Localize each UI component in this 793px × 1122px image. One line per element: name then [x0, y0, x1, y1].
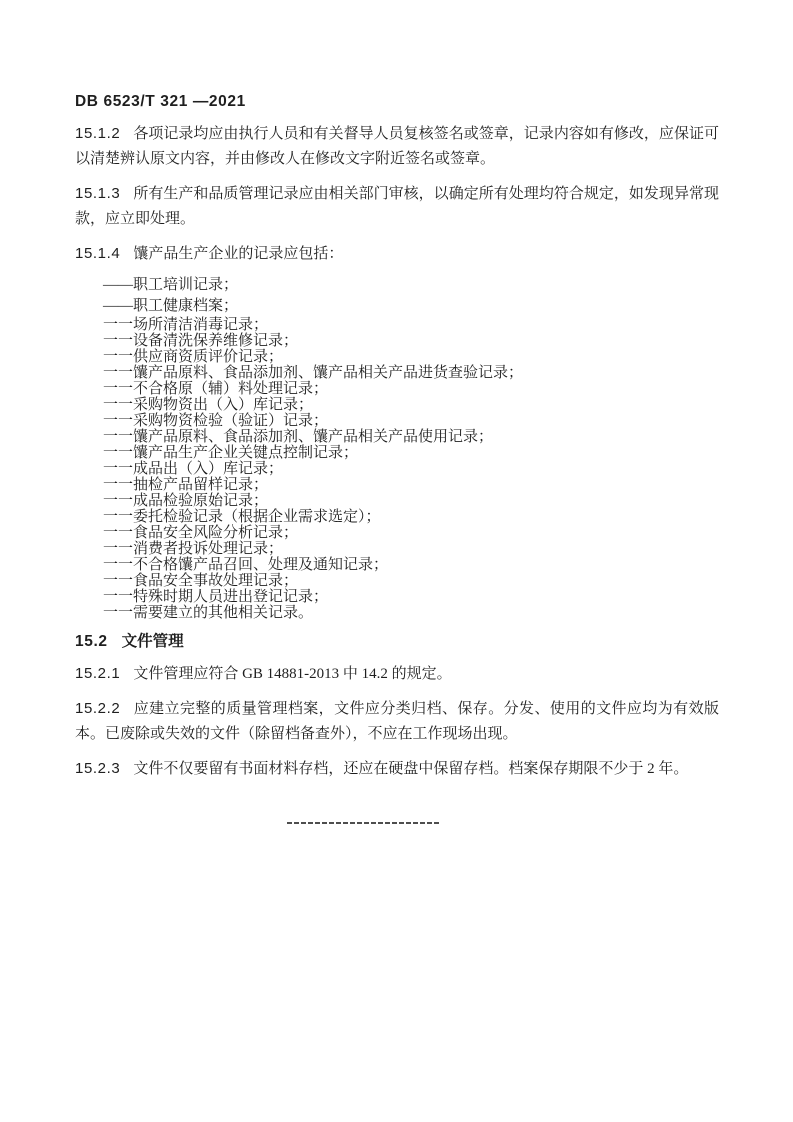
clause-text: 应建立完整的质量管理档案，文件应分类归档、保存。分发、使用的文件应均为有效版本。… [75, 701, 719, 742]
record-list-item: 一一设备清洗保养维修记录； [103, 333, 719, 349]
record-list-item: 一一采购物资出（入）库记录； [103, 397, 719, 413]
record-list-item: 一一抽检产品留样记录； [103, 477, 719, 493]
record-list: ——职工培训记录； ——职工健康档案； 一一场所清洁消毒记录； 一一设备清洗保养… [75, 275, 719, 621]
clause-text: 各项记录均应由执行人员和有关督导人员复核签名或签章，记录内容如有修改，应保证可以… [75, 126, 719, 167]
clause-text: 所有生产和品质管理记录应由相关部门审核，以确定所有处理均符合规定，如发现异常现款… [75, 186, 719, 227]
clause-text: 馕产品生产企业的记录应包括： [133, 246, 343, 262]
record-list-item: 一一成品出（入）库记录； [103, 461, 719, 477]
document-header: DB 6523/T 321 —2021 [75, 92, 719, 112]
clause-number: 15.1.2 [75, 125, 120, 142]
record-list-item: 一一食品安全风险分析记录； [103, 525, 719, 541]
section-title: 文件管理 [122, 633, 184, 650]
clause-15-1-2: 15.1.2各项记录均应由执行人员和有关督导人员复核签名或签章，记录内容如有修改… [75, 121, 719, 172]
record-list-item: 一一供应商资质评价记录； [103, 349, 719, 365]
clause-text: 文件不仅要留有书面材料存档，还应在硬盘中保留存档。档案保存期限不少于 2 年。 [133, 761, 688, 777]
clause-15-1-3: 15.1.3所有生产和品质管理记录应由相关部门审核，以确定所有处理均符合规定，如… [75, 181, 719, 232]
clause-number: 15.1.4 [75, 245, 120, 262]
record-list-item: 一一馕产品生产企业关键点控制记录； [103, 445, 719, 461]
record-list-item: ——职工健康档案； [103, 296, 719, 317]
record-list-item: 一一不合格原（辅）料处理记录； [103, 381, 719, 397]
dashed-divider [287, 822, 439, 824]
record-list-item: ——职工培训记录； [103, 275, 719, 296]
record-list-item: 一一成品检验原始记录； [103, 493, 719, 509]
page: DB 6523/T 321 —2021 15.1.2各项记录均应由执行人员和有关… [75, 92, 719, 824]
clause-number: 15.1.3 [75, 185, 120, 202]
record-list-item: 一一特殊时期人员进出登记记录； [103, 589, 719, 605]
record-list-item: 一一不合格馕产品召回、处理及通知记录； [103, 557, 719, 573]
clause-number: 15.2.1 [75, 665, 120, 682]
record-list-item: 一一馕产品原料、食品添加剂、馕产品相关产品进货查验记录； [103, 365, 719, 381]
clause-number: 15.2.2 [75, 700, 120, 717]
clause-text: 文件管理应符合 GB 14881-2013 中 14.2 的规定。 [133, 666, 451, 682]
section-number: 15.2 [75, 633, 108, 650]
record-list-item: 一一委托检验记录（根据企业需求选定）； [103, 509, 719, 525]
record-list-item: 一一馕产品原料、食品添加剂、馕产品相关产品使用记录； [103, 429, 719, 445]
record-list-item: 一一食品安全事故处理记录； [103, 573, 719, 589]
clause-15-1-4: 15.1.4馕产品生产企业的记录应包括： [75, 241, 719, 267]
record-list-item: 一一消费者投诉处理记录； [103, 541, 719, 557]
clause-number: 15.2.3 [75, 760, 120, 777]
clause-15-2-1: 15.2.1文件管理应符合 GB 14881-2013 中 14.2 的规定。 [75, 661, 719, 687]
clause-15-2-3: 15.2.3文件不仅要留有书面材料存档，还应在硬盘中保留存档。档案保存期限不少于… [75, 756, 719, 782]
clause-15-2-2: 15.2.2应建立完整的质量管理档案，文件应分类归档、保存。分发、使用的文件应均… [75, 696, 719, 747]
section-heading-15-2: 15.2文件管理 [75, 632, 719, 652]
record-list-item: 一一需要建立的其他相关记录。 [103, 605, 719, 621]
record-list-item: 一一采购物资检验（验证）记录； [103, 413, 719, 429]
record-list-item: 一一场所清洁消毒记录； [103, 317, 719, 333]
